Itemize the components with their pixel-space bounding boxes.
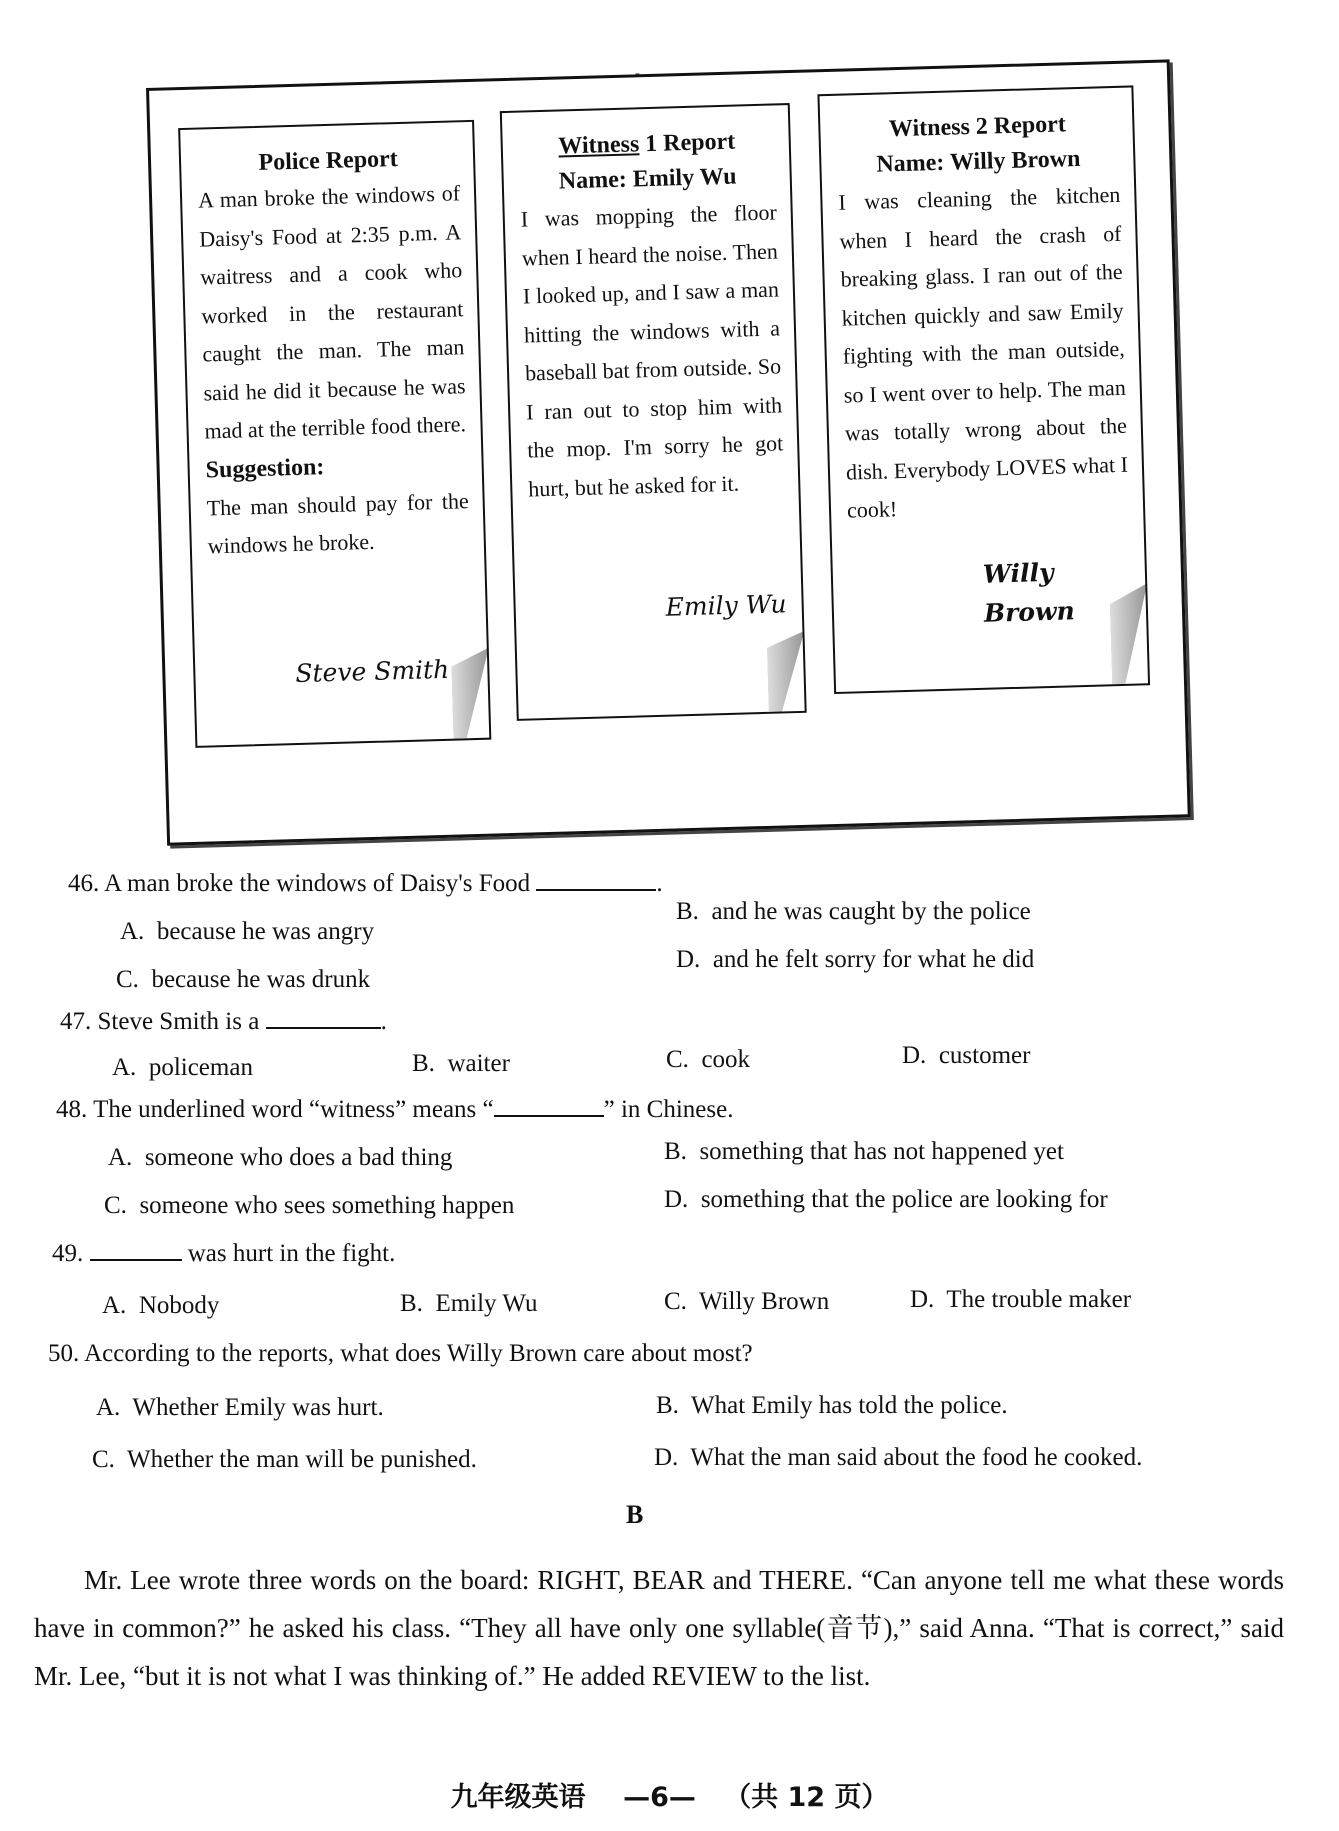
question-46-stem: 46. A man broke the windows of Daisy's F…: [68, 870, 663, 898]
question-text: According to the reports, what does Will…: [84, 1340, 753, 1367]
answer-blank: [536, 871, 656, 891]
police-report-body: A man broke the windows of Daisy's Food …: [198, 174, 467, 451]
reports-frame: Police Report A man broke the windows of…: [146, 59, 1191, 845]
option-50-a[interactable]: A. Whether Emily was hurt.: [96, 1394, 384, 1422]
footer-subject: 九年级英语: [451, 1782, 586, 1813]
option-key: D.: [902, 1042, 926, 1069]
option-text: something that the police are looking fo…: [701, 1186, 1108, 1213]
option-key: C.: [92, 1446, 115, 1473]
option-text: The trouble maker: [946, 1286, 1131, 1313]
option-key: C.: [116, 966, 139, 993]
option-key: B.: [412, 1050, 435, 1077]
option-text: Whether Emily was hurt.: [132, 1394, 383, 1421]
option-47-c[interactable]: C. cook: [666, 1046, 750, 1074]
option-49-d[interactable]: D. The trouble maker: [910, 1286, 1131, 1314]
option-48-c[interactable]: C. someone who sees something happen: [104, 1192, 514, 1220]
option-key: D.: [676, 946, 700, 973]
question-text: The underlined word “witness” means “: [93, 1096, 494, 1123]
option-key: D.: [664, 1186, 688, 1213]
question-text-end: ” in Chinese.: [604, 1096, 734, 1123]
option-47-a[interactable]: A. policeman: [112, 1054, 253, 1082]
option-46-b[interactable]: B. and he was caught by the police: [676, 898, 1031, 926]
page-curl-icon: [766, 631, 806, 712]
section-b-heading: B: [626, 1500, 643, 1530]
question-47-stem: 47. Steve Smith is a .: [60, 1008, 387, 1036]
option-50-d[interactable]: D. What the man said about the food he c…: [654, 1444, 1142, 1472]
option-49-c[interactable]: C. Willy Brown: [664, 1288, 829, 1316]
option-text: cook: [701, 1046, 750, 1073]
option-key: B.: [400, 1290, 423, 1317]
option-key: C.: [666, 1046, 689, 1073]
option-text: because he was angry: [157, 918, 374, 945]
option-47-d[interactable]: D. customer: [902, 1042, 1030, 1070]
police-report-card: Police Report A man broke the windows of…: [178, 120, 491, 748]
option-50-c[interactable]: C. Whether the man will be punished.: [92, 1446, 477, 1474]
option-text: and he was caught by the police: [711, 898, 1030, 925]
question-number: 46.: [68, 870, 99, 897]
option-key: A.: [120, 918, 144, 945]
option-48-d[interactable]: D. something that the police are looking…: [664, 1186, 1108, 1214]
question-text: was hurt in the fight.: [188, 1240, 396, 1267]
answer-blank: [494, 1097, 604, 1117]
page-curl-icon: [451, 648, 491, 739]
answer-blank: [90, 1241, 182, 1261]
option-key: C.: [664, 1288, 687, 1315]
question-number: 47.: [60, 1008, 91, 1035]
question-48-stem: 48. The underlined word “witness” means …: [56, 1096, 733, 1124]
option-text: Nobody: [139, 1292, 220, 1319]
option-key: B.: [656, 1392, 679, 1419]
option-text: What Emily has told the police.: [691, 1392, 1008, 1419]
option-text: Emily Wu: [435, 1290, 537, 1317]
question-number: 50.: [48, 1340, 79, 1367]
option-46-c[interactable]: C. because he was drunk: [116, 966, 370, 994]
option-46-a[interactable]: A. because he was angry: [120, 918, 374, 946]
option-48-a[interactable]: A. someone who does a bad thing: [108, 1144, 452, 1172]
option-50-b[interactable]: B. What Emily has told the police.: [656, 1392, 1008, 1420]
witness1-report-card: Witness 1 Report Name: Emily Wu I was mo…: [500, 103, 807, 721]
witness1-body: I was mopping the floor when I heard the…: [520, 193, 785, 508]
option-text: customer: [939, 1042, 1031, 1069]
option-text: policeman: [149, 1054, 253, 1081]
option-text: and he felt sorry for what he did: [713, 946, 1034, 973]
signature-steve-smith: Steve Smith: [295, 651, 450, 694]
question-text: Steve Smith is a: [98, 1008, 260, 1035]
option-46-d[interactable]: D. and he felt sorry for what he did: [676, 946, 1034, 974]
question-text-end: .: [656, 870, 662, 897]
option-key: B.: [676, 898, 699, 925]
option-text: What the man said about the food he cook…: [690, 1444, 1142, 1471]
witness2-body: I was cleaning the kitchen when I heard …: [838, 176, 1130, 530]
witness-underlined-word: Witness: [558, 131, 640, 159]
option-key: A.: [96, 1394, 120, 1421]
option-48-b[interactable]: B. something that has not happened yet: [664, 1138, 1064, 1166]
option-text: Willy Brown: [699, 1288, 829, 1315]
witness2-report-card: Witness 2 Report Name: Willy Brown I was…: [817, 85, 1150, 694]
option-text: someone who does a bad thing: [145, 1144, 453, 1171]
option-text: Whether the man will be punished.: [127, 1446, 477, 1473]
footer-total-pages: （共 12 页）: [724, 1782, 888, 1813]
option-text: because he was drunk: [151, 966, 370, 993]
suggestion-text: The man should pay for the windows he br…: [206, 482, 470, 566]
question-number: 48.: [56, 1096, 87, 1123]
option-text: waiter: [447, 1050, 509, 1077]
option-47-b[interactable]: B. waiter: [412, 1050, 510, 1078]
option-key: A.: [112, 1054, 136, 1081]
option-49-a[interactable]: A. Nobody: [102, 1292, 219, 1320]
question-49-stem: 49. was hurt in the fight.: [52, 1240, 395, 1268]
option-key: A.: [102, 1292, 126, 1319]
option-text: something that has not happened yet: [699, 1138, 1064, 1165]
question-number: 49.: [52, 1240, 83, 1267]
question-text-end: .: [381, 1008, 387, 1035]
passage-paragraph: Mr. Lee wrote three words on the board: …: [34, 1556, 1284, 1700]
option-key: C.: [104, 1192, 127, 1219]
section-b-passage: Mr. Lee wrote three words on the board: …: [34, 1556, 1284, 1700]
question-text: A man broke the windows of Daisy's Food: [104, 870, 530, 897]
option-key: D.: [654, 1444, 678, 1471]
option-key: D.: [910, 1286, 934, 1313]
answer-blank: [266, 1009, 381, 1029]
option-key: B.: [664, 1138, 687, 1165]
option-49-b[interactable]: B. Emily Wu: [400, 1290, 537, 1318]
footer-page-number: —6—: [623, 1782, 696, 1813]
witness1-title-rest: 1 Report: [639, 129, 736, 158]
page-footer: 九年级英语 —6— （共 12 页）: [0, 1775, 1339, 1814]
option-text: someone who sees something happen: [139, 1192, 514, 1219]
question-50-stem: 50. According to the reports, what does …: [48, 1340, 753, 1368]
option-key: A.: [108, 1144, 132, 1171]
signature-emily-wu: Emily Wu: [665, 585, 787, 627]
